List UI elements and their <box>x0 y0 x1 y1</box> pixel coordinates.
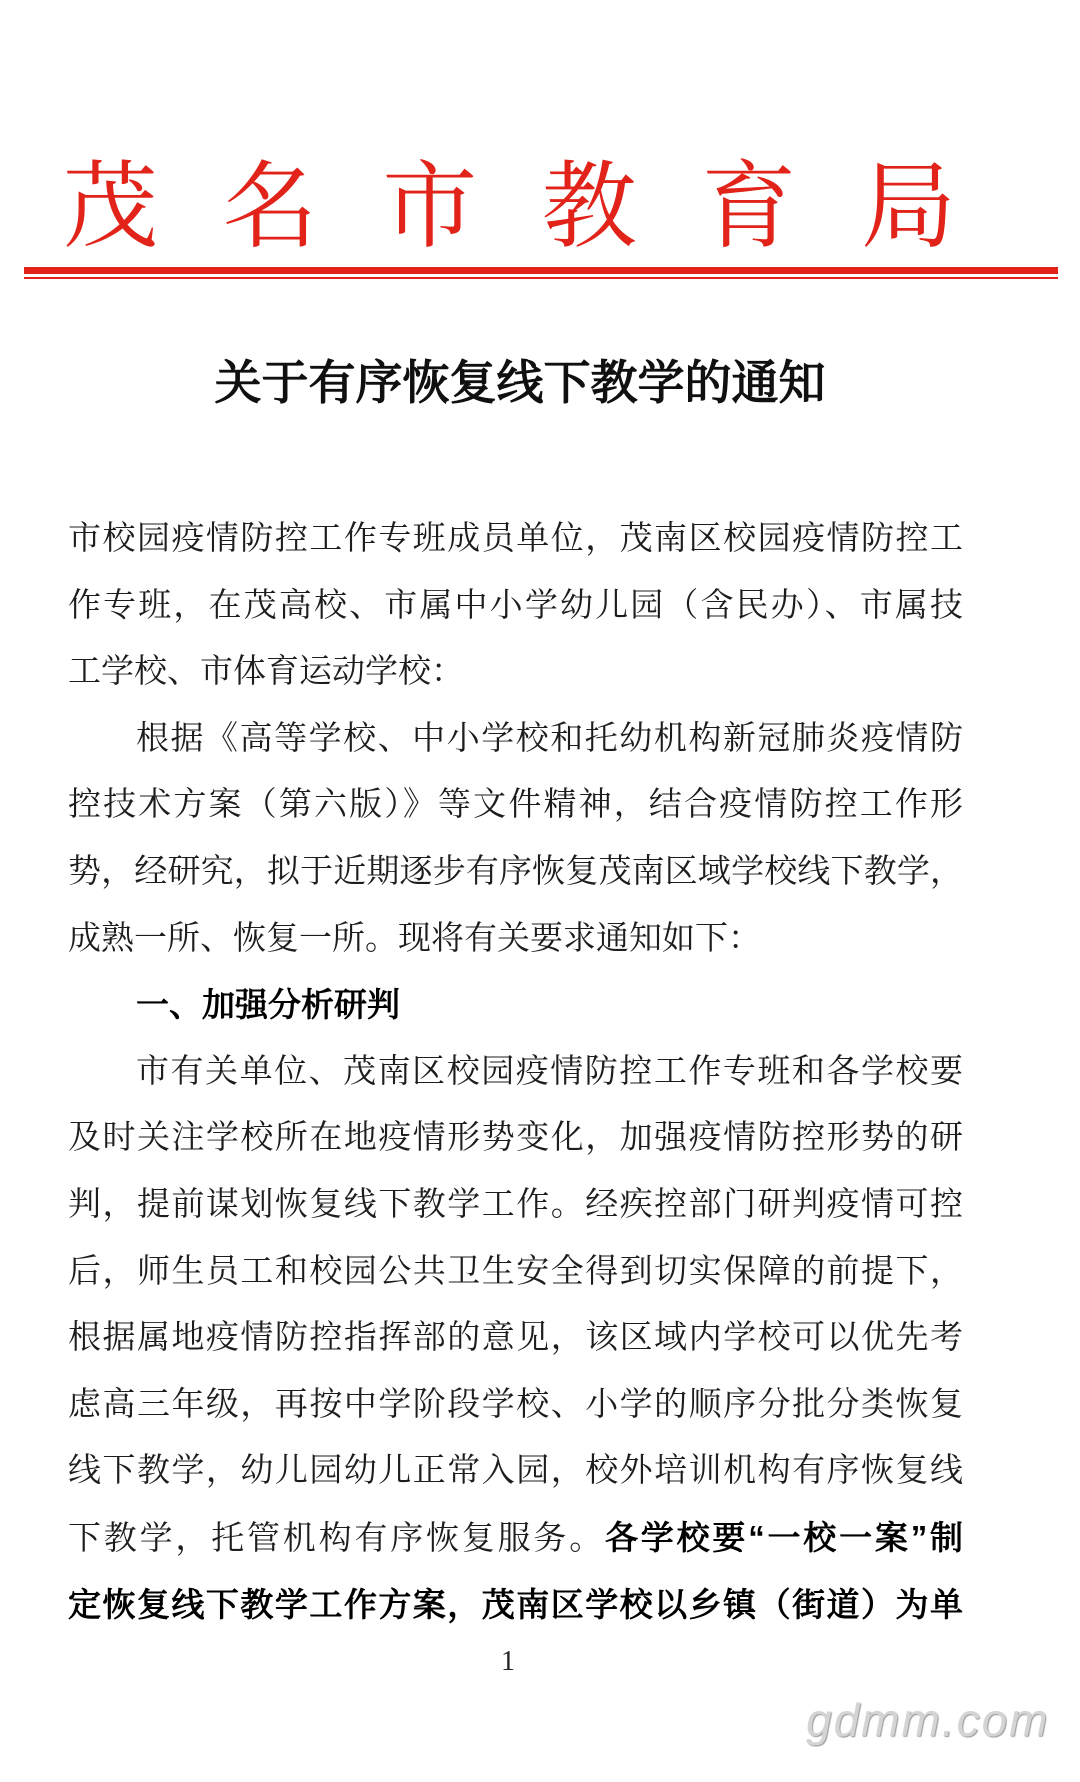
agency-char: 茂 <box>63 158 158 256</box>
body-text-bold: 定恢复线下教学工作方案，茂南区学校以乡镇（街道）为单 <box>68 1586 963 1623</box>
body-text-bold: 一、加强分析研判 <box>136 986 400 1023</box>
agency-char: 育 <box>701 158 796 256</box>
document-title: 关于有序恢复线下教学的通知 <box>0 356 1040 412</box>
body-text: 线下教学，幼儿园幼儿正常入园，校外培训机构有序恢复线 <box>68 1453 963 1489</box>
body-line: 控技术方案（第六版）》等文件精神，结合疫情防控工作形 <box>68 772 963 839</box>
body-text: 控技术方案（第六版）》等文件精神，结合疫情防控工作形 <box>68 787 963 823</box>
body-line: 后，师生员工和校园公共卫生安全得到切实保障的前提下， <box>68 1239 963 1306</box>
body-line: 根据属地疫情防控指挥部的意见，该区域内学校可以优先考 <box>68 1305 963 1372</box>
agency-char: 名 <box>223 158 318 256</box>
page-number: 1 <box>458 1646 558 1678</box>
body-text: 判，提前谋划恢复线下教学工作。经疾控部门研判疫情可控 <box>68 1187 963 1223</box>
body-line: 线下教学，幼儿园幼儿正常入园，校外培训机构有序恢复线 <box>68 1438 963 1505</box>
agency-char: 市 <box>382 158 477 256</box>
body-text: 势，经研究，拟于近期逐步有序恢复茂南区域学校线下教学， <box>68 854 963 890</box>
agency-header: 茂 名 市 教 育 局 <box>63 158 956 256</box>
body-line: 根据《高等学校、中小学校和托幼机构新冠肺炎疫情防 <box>68 706 963 773</box>
body-text: 成熟一所、恢复一所。现将有关要求通知如下： <box>68 921 761 957</box>
body-text: 工学校、市体育运动学校： <box>68 654 464 690</box>
body-line: 作专班，在茂高校、市属中小学幼儿园（含民办）、市属技 <box>68 573 963 640</box>
body-line: 市有关单位、茂南区校园疫情防控工作专班和各学校要 <box>68 1039 963 1106</box>
body-text: 作专班，在茂高校、市属中小学幼儿园（含民办）、市属技 <box>68 588 963 624</box>
body-text: 下教学，托管机构有序恢复服务。 <box>68 1521 605 1557</box>
body-line: 及时关注学校所在地疫情形势变化，加强疫情防控形势的研 <box>68 1105 963 1172</box>
watermark: gdmm.com <box>806 1694 1049 1746</box>
red-rule-thin <box>24 277 1058 279</box>
body-line: 工学校、市体育运动学校： <box>68 639 963 706</box>
body-text: 根据《高等学校、中小学校和托幼机构新冠肺炎疫情防 <box>136 721 963 757</box>
red-rule-thick <box>24 267 1058 274</box>
body-line: 成熟一所、恢复一所。现将有关要求通知如下： <box>68 906 963 973</box>
body-line: 势，经研究，拟于近期逐步有序恢复茂南区域学校线下教学， <box>68 839 963 906</box>
agency-char: 局 <box>861 158 956 256</box>
body-line: 下教学，托管机构有序恢复服务。各学校要“一校一案”制 <box>68 1505 963 1572</box>
body-line: 市校园疫情防控工作专班成员单位，茂南区校园疫情防控工 <box>68 506 963 573</box>
body-line: 一、加强分析研判 <box>68 972 963 1039</box>
document-body: 市校园疫情防控工作专班成员单位，茂南区校园疫情防控工作专班，在茂高校、市属中小学… <box>68 506 963 1638</box>
body-text: 虑高三年级，再按中学阶段学校、小学的顺序分批分类恢复 <box>68 1387 963 1423</box>
body-text: 后，师生员工和校园公共卫生安全得到切实保障的前提下， <box>68 1254 963 1290</box>
document-page: 茂 名 市 教 育 局 关于有序恢复线下教学的通知 市校园疫情防控工作专班成员单… <box>0 0 1080 1782</box>
body-line: 判，提前谋划恢复线下教学工作。经疾控部门研判疫情可控 <box>68 1172 963 1239</box>
body-text: 市校园疫情防控工作专班成员单位，茂南区校园疫情防控工 <box>68 521 963 557</box>
body-line: 虑高三年级，再按中学阶段学校、小学的顺序分批分类恢复 <box>68 1372 963 1439</box>
agency-char: 教 <box>542 158 637 256</box>
body-text-bold: 各学校要“一校一案”制 <box>605 1519 963 1556</box>
body-text: 根据属地疫情防控指挥部的意见，该区域内学校可以优先考 <box>68 1320 963 1356</box>
body-text: 市有关单位、茂南区校园疫情防控工作专班和各学校要 <box>136 1054 963 1090</box>
body-text: 及时关注学校所在地疫情形势变化，加强疫情防控形势的研 <box>68 1120 963 1156</box>
body-line: 定恢复线下教学工作方案，茂南区学校以乡镇（街道）为单 <box>68 1572 963 1639</box>
